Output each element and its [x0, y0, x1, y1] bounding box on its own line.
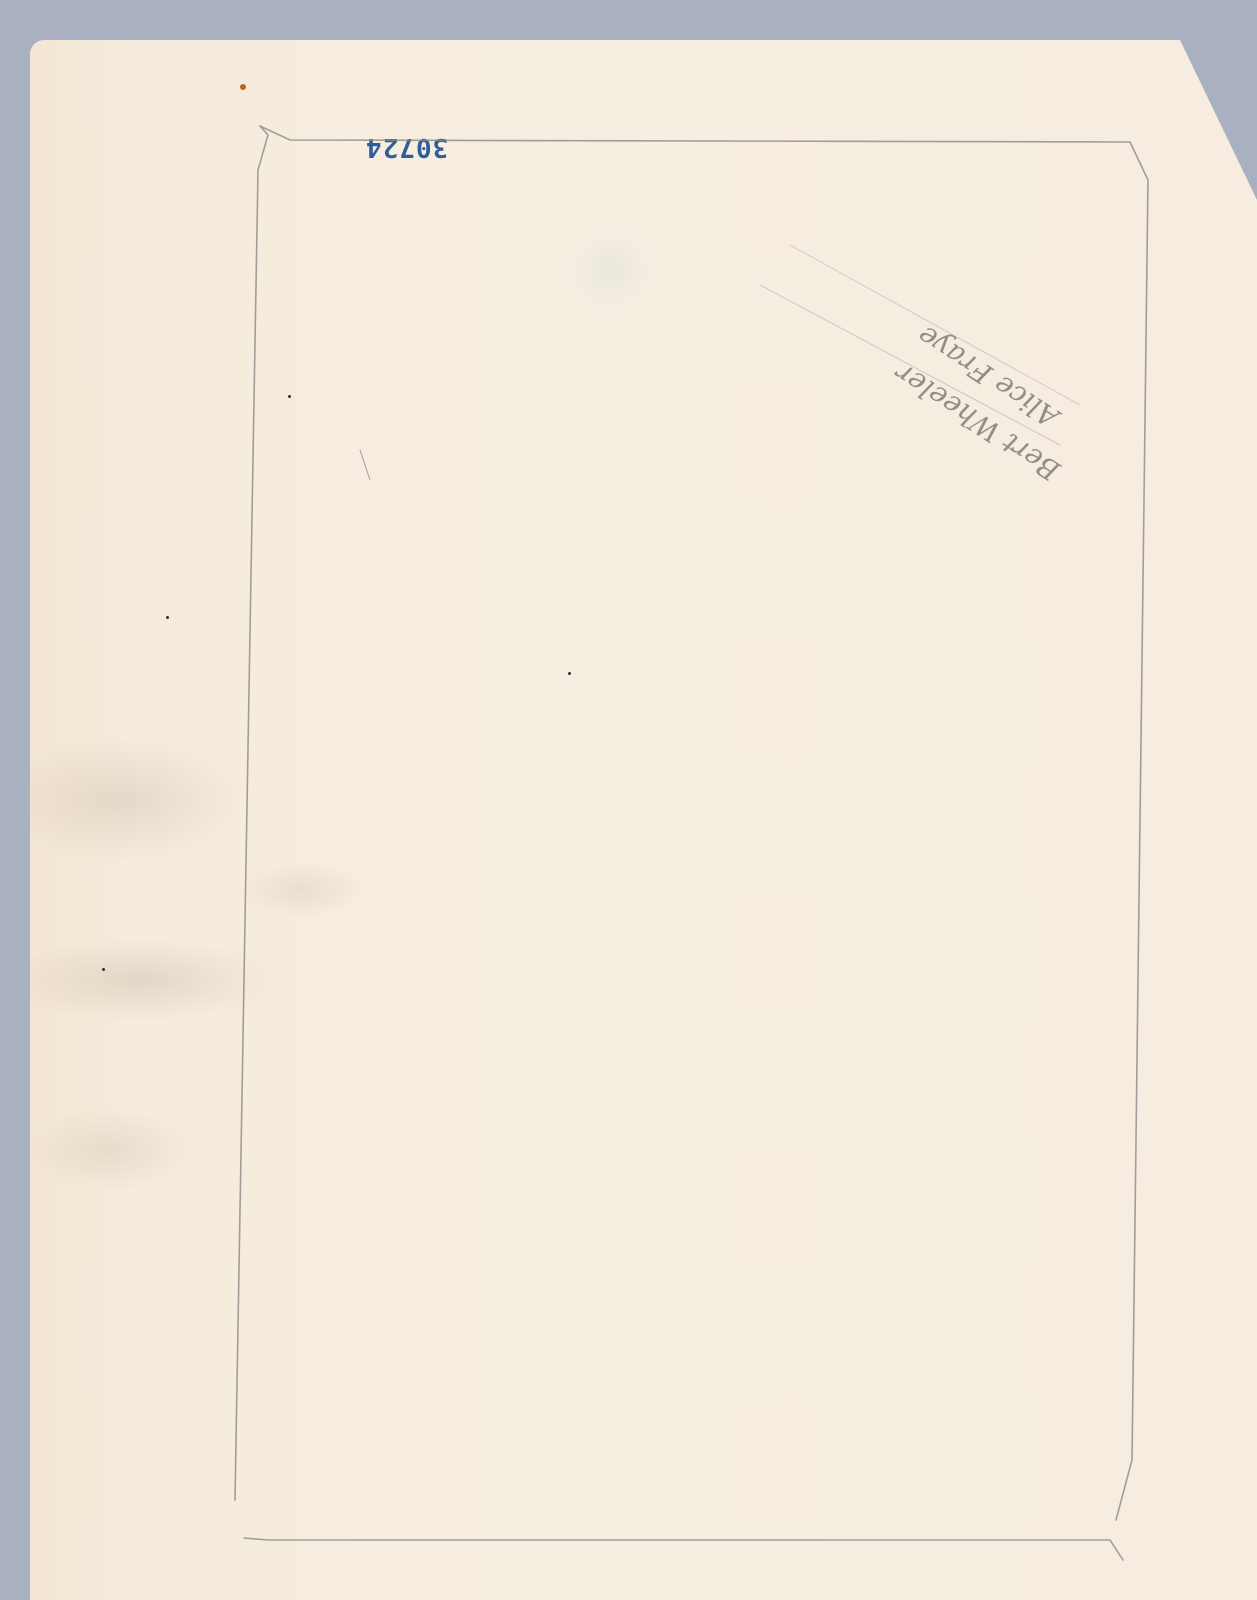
- photo-card-back: 30724 Bert Wheeler Alice Fraye: [30, 40, 1257, 1600]
- pencil-border-frame: [30, 40, 1257, 1600]
